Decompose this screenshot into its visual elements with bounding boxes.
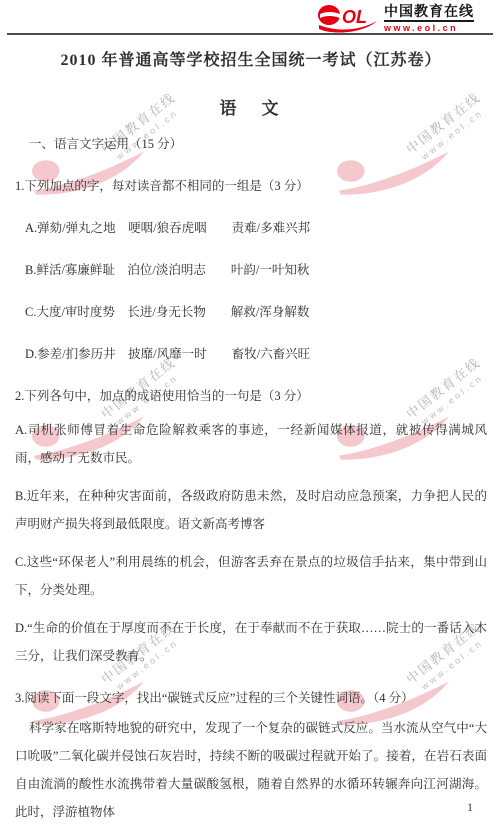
- question-1-option-d: D.参差/扪参历井 披靡/风靡一时 畜牧/六畜兴旺: [25, 344, 487, 364]
- exam-content: 2010 年普通高等学校招生全国统一考试（江苏卷） 语 文 一、语言文字运用（1…: [15, 44, 487, 825]
- brand-url: www.eol.cn: [384, 23, 474, 33]
- svg-text:OL: OL: [342, 7, 367, 27]
- question-2-option-a: A.司机张师傅冒着生命危险解救乘客的事迹，一经新闻媒体报道，就被传得满城风雨，感…: [15, 416, 487, 472]
- section-1-heading: 一、语言文字运用（15 分）: [29, 134, 487, 154]
- brand-name: 中国教育在线: [384, 3, 474, 19]
- question-2-stem: 2.下列各句中，加点的成语使用恰当的一句是（3 分）: [15, 386, 487, 406]
- question-1-option-c: C.大度/审时度势 长进/身无长物 解救/浑身解数: [25, 302, 487, 322]
- exam-subject: 语 文: [15, 98, 487, 120]
- question-2-option-d: D.“生命的价值在于厚度而不在于长度，在于奉献而不在于获取……院士的一番话入木三…: [15, 614, 487, 670]
- question-3-passage: 科学家在喀斯特地貌的研究中，发现了一个复杂的碳链式反应。当水流从空气中“大口吮吸…: [15, 714, 487, 825]
- eol-logo: OL 中国教育在线 www.eol.cn: [317, 2, 474, 34]
- exam-title: 2010 年普通高等学校招生全国统一考试（江苏卷）: [15, 50, 487, 72]
- eol-logo-icon: OL: [317, 2, 379, 34]
- question-2-option-c: C.这些“环保老人”利用晨练的机会，但游客丢弃在景点的垃圾信手拈来，集中带到山下…: [15, 548, 487, 604]
- logo-divider: [384, 20, 474, 22]
- page-number: 1: [467, 800, 473, 815]
- exam-page: 中国教育在线 www.eol.cn 中国教育在线 www.eol.cn 中国教育…: [0, 0, 500, 825]
- question-1-stem: 1.下列加点的字，每对读音都不相同的一组是（3 分）: [15, 176, 487, 196]
- question-1-option-b: B.鲜活/寡廉鲜耻 泊位/淡泊明志 叶韵/一叶知秋: [25, 260, 487, 280]
- question-2-option-b: B.近年来，在种种灾害面前，各级政府防患未然，及时启动应急预案，力争把人民的声明…: [15, 482, 487, 538]
- header-rule: [7, 33, 493, 35]
- eol-logo-text: 中国教育在线 www.eol.cn: [384, 3, 474, 33]
- question-3-stem: 3.阅读下面一段文字，找出“碳链式反应”过程的三个关键性词语。（4 分）: [15, 684, 487, 712]
- question-1-option-a: A.弹劾/弹丸之地 哽咽/狼吞虎咽 责难/多难兴邦: [25, 218, 487, 238]
